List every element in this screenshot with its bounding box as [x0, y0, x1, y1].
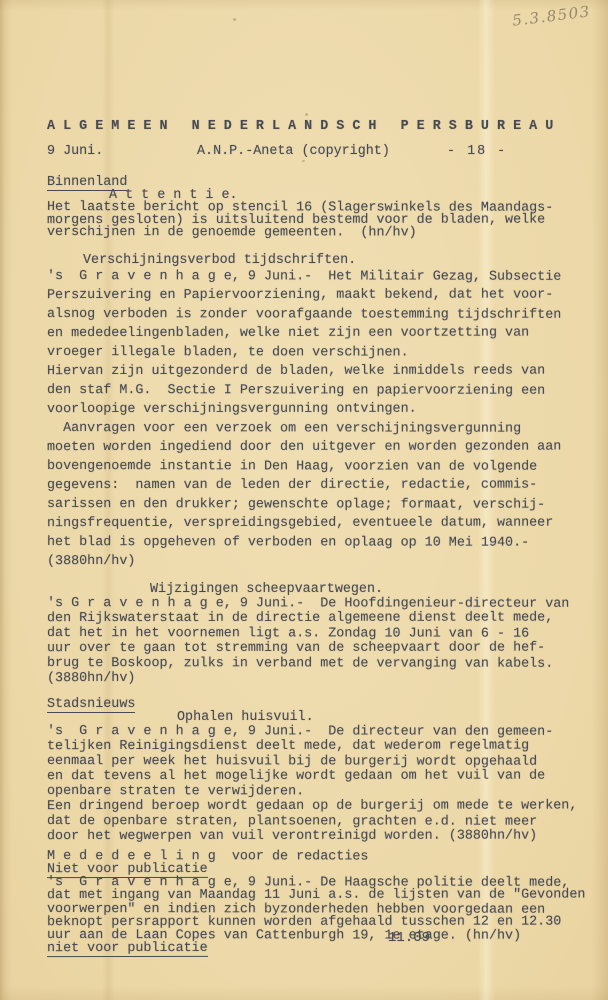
text-line: uur over te gaan tot stremming van de sc…: [47, 640, 603, 656]
item-heading: Ophalen huisvuil.: [177, 711, 603, 724]
text-line: door het wegwerpen van vuil verontreinig…: [47, 828, 603, 844]
text-line: gegevens: namen van de leden der directi…: [47, 475, 603, 495]
paragraph: 's G r a v e n h a g e, 9 Juni.- Het Mil…: [47, 267, 603, 571]
paper-speck: [233, 18, 236, 21]
item-heading: Verschijningsverbod tijdschriften.: [83, 254, 603, 267]
underlined-text: niet voor publicatie: [47, 941, 208, 957]
scanned-document-page: 5.3.8503 A L G E M E E N N E D E R L A N…: [0, 0, 608, 1000]
paragraph: M e d e d e e l i n g voor de redactiesN…: [47, 850, 603, 956]
spacer: [47, 240, 603, 254]
text-line: den staf M.G. Sectie I Perszuivering en …: [47, 381, 603, 401]
date-label: 9 Juni.: [47, 144, 103, 159]
section-label: Stadsnieuws: [47, 698, 603, 711]
text-line: sarissen en den drukker; gewenschte opla…: [47, 495, 603, 515]
text-line: vroeger illegale bladen, te doen verschi…: [47, 343, 603, 363]
handwritten-archive-number: 5.3.8503: [511, 0, 608, 30]
agency-title: A L G E M E E N N E D E R L A N D S C H …: [47, 119, 553, 134]
text-line: 's G r a v e n h a g e, 9 Juni.- De Hoof…: [47, 596, 603, 612]
text-line: alsnog verboden is zonder voorafgaande t…: [47, 305, 603, 325]
text-line: en mededeelingenbladen, welke niet zijn …: [47, 323, 603, 343]
text-line: den Rijkswaterstaat in de directie algem…: [47, 610, 603, 626]
text-line: en dat tevens al het mogelijke wordt ged…: [47, 768, 603, 784]
text-line: 's G r a v e n h a g e, 9 Juni.- De dire…: [47, 724, 603, 740]
text-line: brug te Boskoop, zulks in verband met de…: [47, 656, 603, 672]
text-line: beknopt persrapport kunnen worden afgeha…: [47, 915, 603, 929]
text-line: Perszuivering en Papiervoorziening, maak…: [47, 285, 603, 305]
text-line: 's G r a v e n h a g e, 9 Juni.- Het Mil…: [47, 267, 603, 287]
time-stamp: 11.09: [388, 930, 430, 946]
text-line: (3880hn/hv): [47, 670, 603, 686]
text-line: dat het in het voornemen ligt a.s. Zonda…: [47, 626, 603, 642]
text-line: Een dringend beroep wordt gedaan op de b…: [47, 798, 603, 814]
text-line: telijken Reinigingsdienst deelt mede, da…: [47, 738, 603, 754]
text-line: Hiervan zijn uitgezonderd de bladen, wel…: [47, 361, 603, 381]
page-number: - 18 -: [447, 144, 507, 159]
text-line: openbare straten te verwijderen.: [47, 784, 603, 800]
text-line: niet voor publicatie: [47, 942, 603, 956]
text-line: ningsfrequentie, verspreidingsgebied, ev…: [47, 513, 603, 533]
item-heading: Wijzigingen scheepvaartwegen.: [150, 583, 603, 596]
paragraph: Het laatste bericht op stencil 16 (Slage…: [47, 202, 603, 240]
bulletin-body: BinnenlandA t t e n t i e.Het laatste be…: [47, 176, 603, 955]
text-line: dat met ingang van Maandag 11 Juni a.s. …: [47, 889, 603, 903]
byline-label: A.N.P.-Aneta (copyright): [197, 144, 390, 159]
header-meta-row: 9 Juni. A.N.P.-Aneta (copyright) - 18 -: [47, 144, 587, 161]
text-line: verschijnen in de genoemde gemeenten. (h…: [47, 227, 603, 240]
spacer: [47, 571, 603, 583]
text-line: bovengenoemde instantie in Den Haag, voo…: [47, 457, 603, 477]
paper-speck: [305, 113, 308, 116]
section-label-text: Stadsnieuws: [47, 697, 135, 713]
paragraph: 's G r a v e n h a g e, 9 Juni.- De dire…: [47, 724, 603, 844]
text-line: eenmaal per week het huisvuil bij de bur…: [47, 754, 603, 770]
paragraph: 's G r a v e n h a g e, 9 Juni.- De Hoof…: [47, 596, 603, 686]
text-line: (3880hn/hv): [47, 551, 603, 571]
text-line: voorloopige verschijningsvergunning ontv…: [47, 399, 603, 419]
text-line: moeten worden ingediend door den uitgeve…: [47, 437, 603, 457]
text-line: Aanvragen voor een verzoek om een versch…: [47, 419, 603, 439]
spacer: [47, 686, 603, 698]
text-line: dat de openbare straten, plantsoenen, gr…: [47, 814, 603, 830]
text-line: het blad is opgeheven of verboden en opl…: [47, 533, 603, 553]
